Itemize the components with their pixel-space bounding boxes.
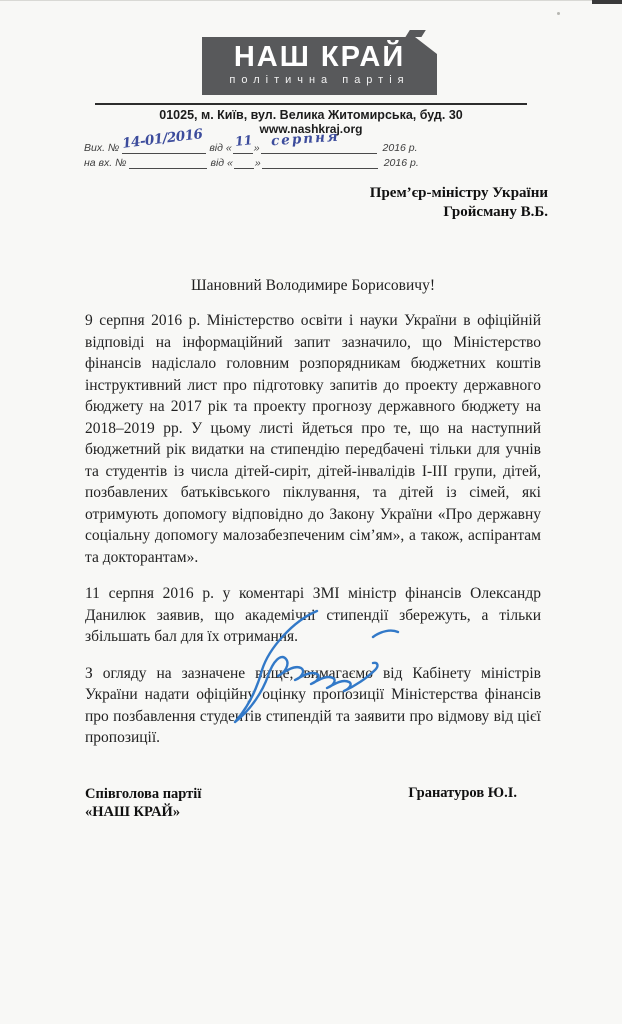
signer-position-line1: Співголова партії — [85, 785, 201, 803]
outgoing-number-label: Вих. № — [84, 142, 119, 154]
scan-artifact-top-line — [0, 0, 622, 1]
incoming-date-from-label: від « — [210, 157, 232, 169]
salutation: Шановний Володимире Борисовичу! — [85, 277, 541, 295]
scan-artifact-speck — [557, 12, 560, 15]
incoming-year-label: 2016 р. — [384, 157, 419, 169]
letter-body: Шановний Володимире Борисовичу! 9 серпня… — [85, 277, 541, 821]
incoming-quote-close: » — [255, 157, 261, 169]
party-logo-subtitle: політична партія — [202, 74, 437, 86]
signer-party-name: «НАШ КРАЙ» — [85, 803, 201, 821]
reference-numbers-block: Вих. № 14-01/2016 від « 11 » серпня 2016… — [84, 139, 384, 169]
paragraph-2: 11 серпня 2016 р. у коментарі ЗМІ мініст… — [85, 583, 541, 648]
signer-name: Гранатуров Ю.І. — [408, 785, 517, 802]
scan-artifact-corner-mark — [592, 0, 622, 4]
signer-position: Співголова партії «НАШ КРАЙ» — [85, 785, 201, 821]
party-address: 01025, м. Київ, вул. Велика Житомирська,… — [0, 108, 622, 122]
outgoing-quote-close: » — [254, 142, 260, 154]
signoff-row: Співголова партії «НАШ КРАЙ» Гранатуров … — [85, 785, 541, 821]
incoming-day-blank — [234, 158, 254, 169]
masthead-divider — [95, 103, 527, 105]
outgoing-number-blank: 14-01/2016 — [122, 143, 206, 154]
paragraph-3: З огляду на зазначене вище, вимагаємо ві… — [85, 663, 541, 749]
outgoing-month-blank: серпня — [261, 143, 377, 154]
recipient-title: Прем’єр-міністру України — [0, 184, 548, 203]
party-logo-title: НАШ КРАЙ — [202, 42, 437, 73]
outgoing-ref-row: Вих. № 14-01/2016 від « 11 » серпня 2016… — [84, 139, 384, 154]
outgoing-day-blank: 11 — [233, 143, 253, 154]
incoming-month-blank — [262, 158, 378, 169]
outgoing-year-label: 2016 р. — [383, 142, 418, 154]
scanned-letter-page: НАШ КРАЙ політична партія 01025, м. Київ… — [0, 0, 622, 1024]
outgoing-day-handwritten: 11 — [234, 132, 253, 149]
outgoing-month-handwritten: серпня — [270, 129, 340, 150]
incoming-ref-row: на вх. № від « » 2016 р. — [84, 154, 384, 169]
recipient-name: Гройсману В.Б. — [0, 203, 548, 222]
paragraph-1: 9 серпня 2016 р. Міністерство освіти і н… — [85, 310, 541, 568]
recipient-block: Прем’єр-міністру України Гройсману В.Б. — [0, 184, 622, 222]
outgoing-date-from-label: від « — [209, 142, 231, 154]
party-logo: НАШ КРАЙ політична партія — [202, 37, 437, 95]
incoming-number-blank — [129, 158, 207, 169]
incoming-number-label: на вх. № — [84, 157, 126, 169]
